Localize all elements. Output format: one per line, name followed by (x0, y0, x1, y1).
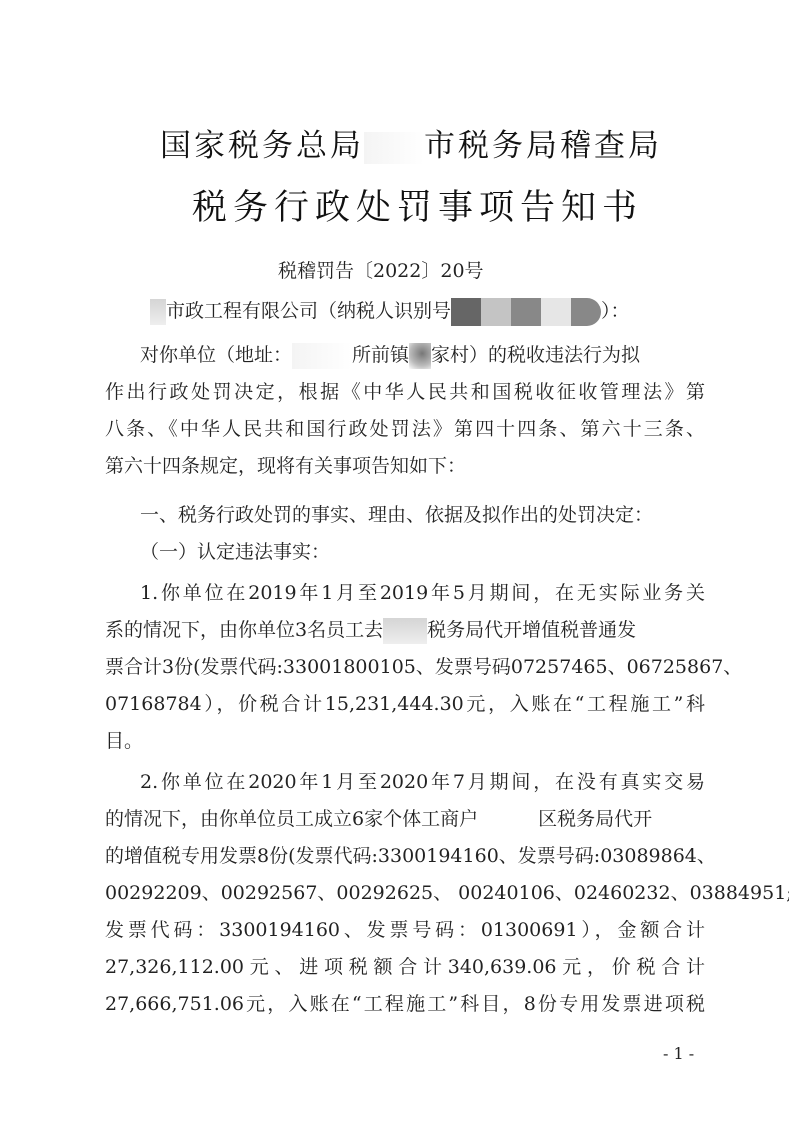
paragraph-line: 27,326,112.00元、进项税额合计340,639.06元，价税合计 (105, 952, 705, 979)
document-title: 税务行政处罚事项告知书 (192, 180, 643, 230)
paragraph-line: 第六十四条规定，现将有关事项告知如下： (105, 451, 705, 478)
paragraph-line: 票合计3份(发票代码:33001800105、发票号码07257465、0672… (105, 652, 705, 679)
subsection-heading: （一）认定违法事实： (140, 537, 740, 564)
redacted-company-prefix (150, 299, 166, 325)
paragraph-line: 的情况下，由你单位员工成立6家个体工商户区税务局代开 (105, 804, 705, 833)
paragraph-line: 对你单位（地址：所前镇家村）的税收违法行为拟 (140, 340, 705, 369)
paragraph-line: 发票代码：3300194160、发票号码：01300691），金额合计 (105, 915, 705, 942)
paragraph-line: 八条、《中华人民共和国行政处罚法》第四十四条、第六十三条、 (105, 414, 705, 441)
redacted-village (409, 343, 431, 369)
paragraph-line: 2.你单位在2020年1月至2020年7月期间，在没有真实交易 (140, 767, 705, 794)
paragraph-line: 的增值税专用发票8份(发票代码:3300194160、发票号码:03089864… (105, 841, 705, 868)
redacted-district (478, 807, 538, 833)
page-number: - 1 - (663, 1044, 694, 1063)
paragraph-line: 00292209、00292567、00292625、 00240106、024… (105, 878, 705, 905)
paragraph-line: 27,666,751.06元，入账在“工程施工”科目，8份专用发票进项税 (105, 989, 705, 1016)
paragraph-line: 1.你单位在2019年1月至2019年5月期间，在无实际业务关 (140, 578, 705, 605)
document-number: 税稽罚告〔2022〕20号 (278, 256, 789, 283)
addressee-line: 市政工程有限公司（纳税人识别号）： (150, 296, 750, 326)
redacted-taxpayer-id (451, 298, 601, 326)
paragraph-line: 系的情况下，由你单位3名员工去税务局代开增值税普通发 (105, 615, 705, 644)
redacted-district (383, 618, 427, 644)
redacted-city (364, 132, 424, 164)
document-page: 国家税务总局市税务局稽查局 税务行政处罚事项告知书 税稽罚告〔2022〕20号 … (0, 0, 789, 1123)
paragraph-line: 作出行政处罚决定，根据《中华人民共和国税收征收管理法》第 (105, 377, 705, 404)
paragraph-line: 07168784），价税合计15,231,444.30元，入账在“工程施工”科 (105, 689, 705, 716)
redacted-address (292, 343, 352, 369)
issuing-authority: 国家税务总局市税务局稽查局 (160, 120, 662, 165)
section-heading: 一、税务行政处罚的事实、理由、依据及拟作出的处罚决定： (140, 500, 705, 527)
paragraph-line: 目。 (105, 726, 705, 753)
